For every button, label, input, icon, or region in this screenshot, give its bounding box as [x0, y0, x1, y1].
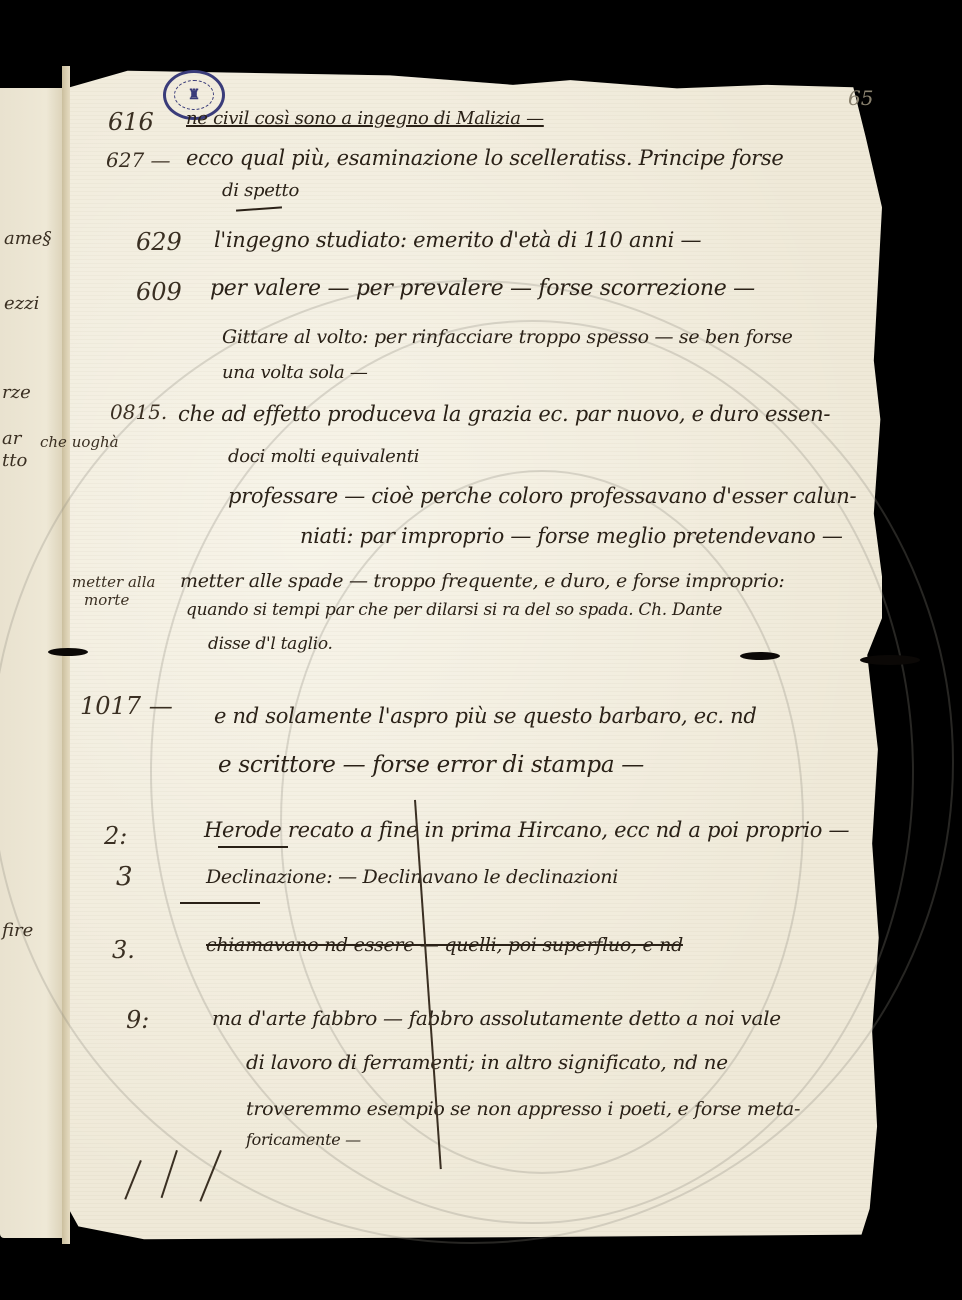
entry-line: e nd solamente l'aspro più se questo bar… — [214, 704, 756, 728]
left-leaf-fragment: ar — [2, 428, 21, 449]
left-leaf-fragment: fire — [2, 920, 33, 941]
left-page-leaf — [0, 88, 66, 1238]
stamp-emblem-icon: ♜ — [174, 80, 214, 110]
tear-mark — [860, 655, 920, 665]
entry-line: Declinazione: — Declinavano le declinazi… — [206, 866, 618, 888]
entry-line: disse d'l taglio. — [208, 634, 333, 654]
entry-line: quando si tempi par che per dilarsi si r… — [186, 600, 722, 620]
margin-note: morte — [84, 590, 129, 610]
tear-mark — [740, 652, 780, 660]
entry-line: per valere — per prevalere — forse scorr… — [210, 276, 755, 301]
entry-line: metter alle spade — troppo frequente, e … — [180, 570, 784, 592]
left-leaf-fragment: rze — [2, 382, 31, 403]
entry-line: che ad effetto produceva la grazia ec. p… — [178, 402, 830, 426]
struck-entry-line: chiamavano nd essere — quelli, poi super… — [206, 934, 683, 956]
entry-ref: 627 — — [106, 148, 171, 172]
entry-ref: 3. — [112, 936, 135, 964]
entry-line: e scrittore — forse error di stampa — — [218, 752, 644, 778]
entry-ref: 616 — [108, 108, 154, 136]
entry-ref: 2: — [104, 822, 127, 850]
underline-stroke — [180, 902, 260, 904]
entry-line: professare — cioè perche coloro professa… — [228, 484, 856, 508]
entry-line: Gittare al volto: per rinfacciare troppo… — [222, 326, 793, 348]
entry-ref: 609 — [136, 278, 182, 306]
entry-line: una volta sola — — [222, 362, 368, 383]
entry-line: niati: par improprio — forse meglio pret… — [300, 524, 843, 548]
entry-ref: 629 — [136, 228, 182, 256]
left-leaf-fragment: ezzi — [4, 293, 39, 314]
margin-note: metter alla — [72, 572, 155, 592]
left-leaf-fragment: ame§ — [4, 228, 51, 249]
tear-mark — [48, 648, 88, 656]
entry-ref: 9: — [126, 1006, 149, 1034]
folio-number: 65 — [848, 86, 873, 110]
entry-ref: 3 — [116, 862, 133, 892]
underline-stroke — [218, 846, 288, 848]
entry-ref: 0815. — [110, 400, 167, 424]
entry-line: ecco qual più, esaminazione lo scellerat… — [186, 146, 784, 170]
margin-note: che uoghà — [40, 432, 119, 452]
entry-line: foricamente — — [246, 1130, 361, 1149]
entry-line: di lavoro di ferramenti; in altro signif… — [246, 1050, 728, 1074]
entry-line: l'ingegno studiato: emerito d'età di 110… — [214, 228, 701, 252]
entry-line: troveremmo esempio se non appresso i poe… — [246, 1098, 800, 1120]
entry-ref: 1017 — — [80, 692, 173, 720]
entry-line: ma d'arte fabbro — fabbro assolutamente … — [212, 1006, 781, 1030]
left-leaf-fragment: tto — [2, 450, 27, 471]
entry-line: ne civil così sono a ingegno di Malizia … — [186, 108, 544, 129]
entry-line: di spetto — [222, 180, 299, 201]
entry-line: doci molti equivalenti — [228, 446, 419, 467]
entry-line: Herode recato a fine in prima Hircano, e… — [204, 818, 849, 842]
